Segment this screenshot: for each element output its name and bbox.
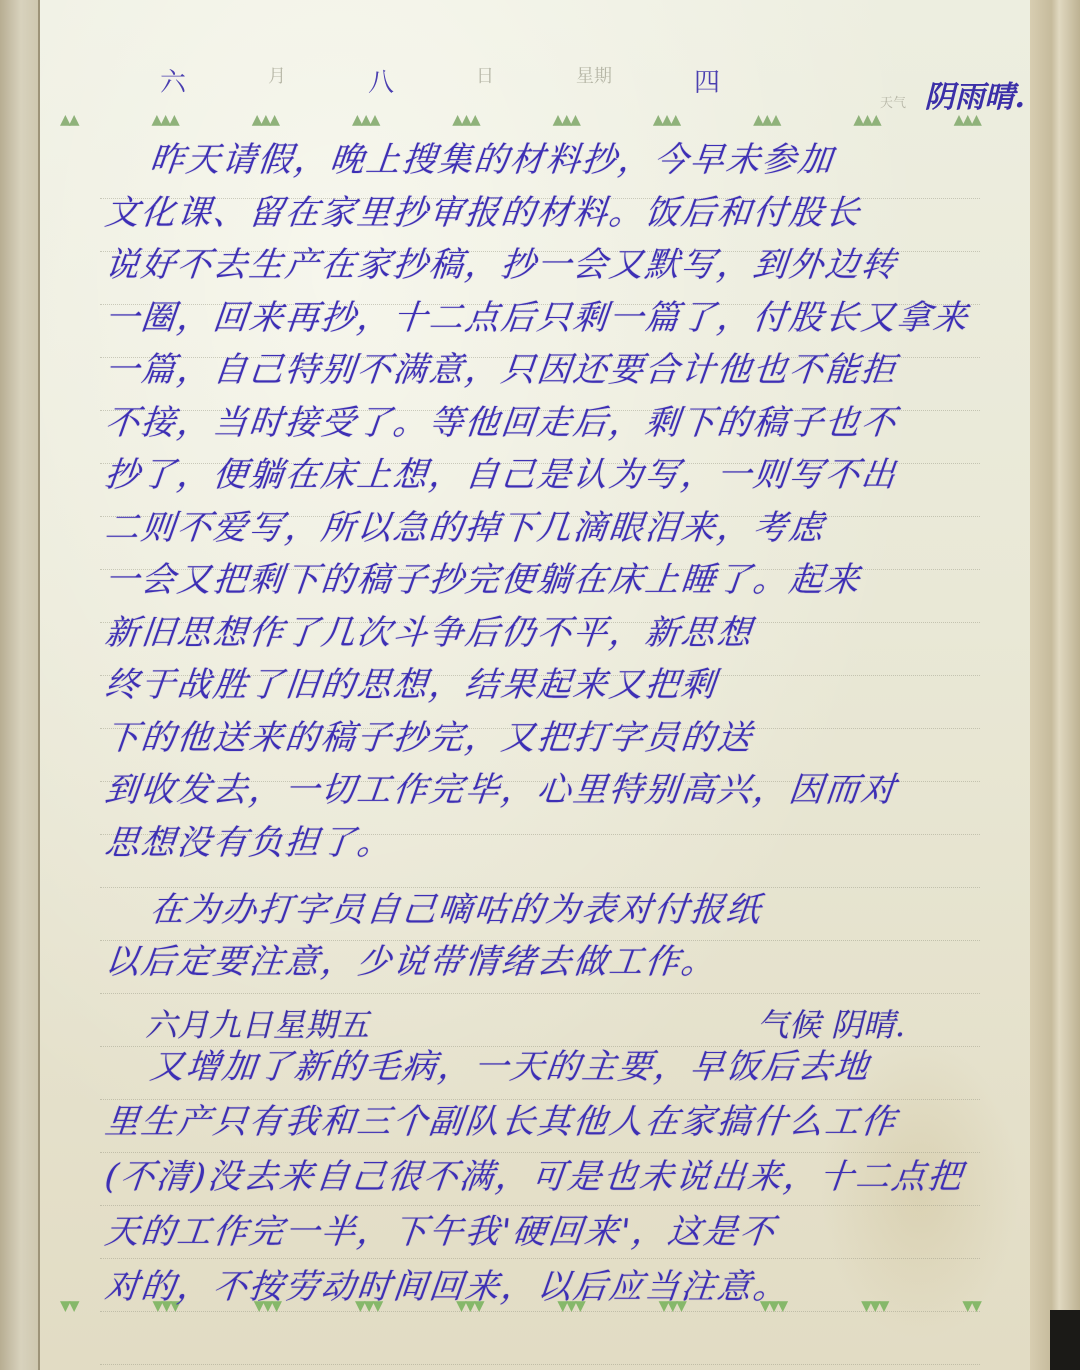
entry2-date: 六月九日星期五: [145, 1000, 369, 1046]
grass-ornament-icon: ▲▲: [60, 113, 78, 127]
ruled-line: [100, 1205, 980, 1206]
handwritten-line: 昨天请假，晚上搜集的材料抄，今早未参加: [148, 138, 1033, 182]
top-decorative-border: ▲▲ ▲▲▲ ▲▲▲ ▲▲▲ ▲▲▲ ▲▲▲ ▲▲▲ ▲▲▲ ▲▲▲ ▲▲▲: [60, 108, 980, 132]
handwritten-line: 终于战胜了旧的思想，结果起来又把剩: [103, 663, 988, 707]
notebook-binding-right: [1028, 0, 1080, 1370]
handwritten-line: 二则不爱写，所以急的掉下几滴眼泪来，考虑: [103, 506, 988, 550]
grass-ornament-icon: ▲▲▲: [553, 113, 579, 127]
handwritten-line: 一篇，自己特别不满意，只因还要合计他也不能拒: [103, 348, 988, 392]
grass-ornament-icon: ▲▲▲: [452, 113, 478, 127]
handwritten-line: 对的，不按劳动时间回来，以后应当注意。: [103, 1265, 988, 1309]
grass-ornament-icon: ▲▲▲: [152, 113, 178, 127]
handwritten-line: 到收发去，一切工作完毕，心里特别高兴，因而对: [103, 768, 988, 812]
handwritten-line: 一圈，回来再抄，十二点后只剩一篇了，付股长又拿来: [103, 296, 988, 340]
entry1-weather: 阴雨晴.: [924, 80, 1024, 115]
entry1-weekday: 四: [694, 62, 720, 99]
handwritten-line: 一会又把剩下的稿子抄完便躺在床上睡了。起来: [103, 558, 988, 602]
ruled-line: [100, 993, 980, 994]
handwritten-line: 说好不去生产在家抄稿，抄一会又默写，到外边转: [103, 243, 988, 287]
printed-weekday-label: 星期: [576, 62, 612, 99]
dark-background-corner: [1050, 1310, 1080, 1370]
grass-ornament-icon: ▲▲▲: [753, 113, 779, 127]
entry1-date-header: 六 月 八 日 星期 四: [160, 62, 720, 99]
handwritten-line: 里生产只有我和三个副队长其他人在家搞什么工作: [103, 1100, 988, 1144]
entry1-weather-header: 天气 阴雨晴.: [880, 72, 1025, 116]
handwritten-line: 思想没有负担了。: [103, 821, 988, 865]
handwritten-line: 下的他送来的稿子抄完，又把打字员的送: [103, 716, 988, 760]
ruled-line: [100, 1311, 980, 1312]
grass-ornament-icon: ▲▲▲: [252, 113, 278, 127]
printed-weather-label: 天气: [880, 96, 906, 111]
handwritten-line: 文化课、留在家里抄审报的材料。饭后和付股长: [103, 191, 988, 235]
printed-month-label: 月: [268, 62, 286, 99]
entry1-day: 八: [368, 62, 394, 99]
grass-ornament-icon: ▲▲▲: [853, 113, 879, 127]
handwritten-line: 天的工作完一半，下午我'硬回来'，这是不: [103, 1210, 988, 1254]
entry1-month: 六: [160, 62, 186, 99]
grass-ornament-icon: ▲▲▲: [352, 113, 378, 127]
handwritten-line: 不接，当时接受了。等他回走后，剩下的稿子也不: [103, 401, 988, 445]
handwritten-line: 以后定要注意，少说带情绪去做工作。: [103, 940, 988, 984]
handwritten-line: 又增加了新的毛病，一天的主要，早饭后去地: [148, 1045, 1033, 1089]
ruled-line: [100, 1152, 980, 1153]
handwritten-line: 在为办打字员自己嘀咕的为表对付报纸: [148, 888, 1033, 932]
grass-ornament-icon: ▲▲: [60, 1300, 78, 1314]
printed-day-label: 日: [476, 62, 494, 99]
handwritten-line: 抄了，便躺在床上想，自己是认为写，一则写不出: [103, 453, 988, 497]
notebook-binding-left: [0, 0, 40, 1370]
ruled-line: [100, 1258, 980, 1259]
handwritten-line: (不清)没去来自己很不满，可是也未说出来，十二点把: [103, 1155, 988, 1199]
ruled-line: [100, 1364, 980, 1365]
handwritten-line: 新旧思想作了几次斗争后仍不平，新思想: [103, 611, 988, 655]
entry2-weather: 气候 阴晴.: [757, 1000, 905, 1046]
entry2-date-header: 六月九日星期五 气候 阴晴.: [145, 1000, 965, 1046]
grass-ornament-icon: ▲▲▲: [653, 113, 679, 127]
